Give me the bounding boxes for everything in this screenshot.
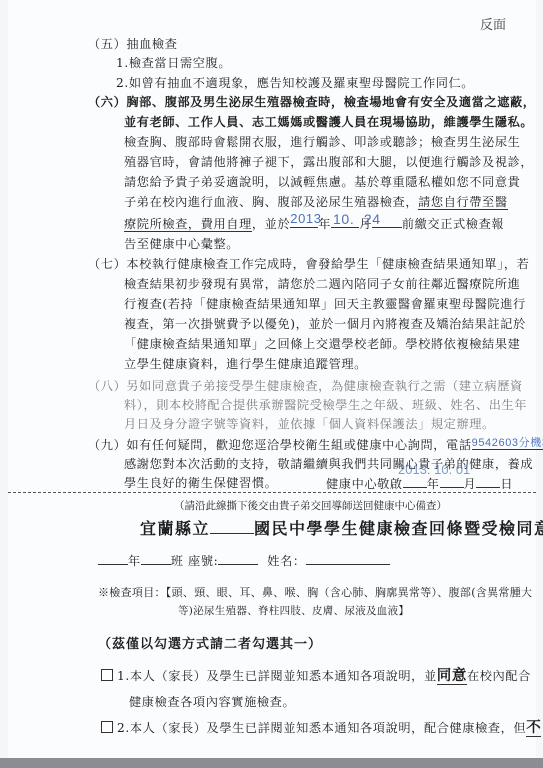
section-seven-line: （七）本校執行健康檢查工作完成時，會發給學生「健康檢查結果通知單」，若 — [88, 256, 529, 272]
deadline-tail-text: 前繳交正式檢查報 — [402, 217, 504, 231]
name-label: 姓名： — [267, 554, 305, 568]
section-seven-line: 檢查結果初步發現有異常，請您於二週內陪同子女前往鄰近醫療院所進 — [124, 276, 520, 292]
section-seven-line: 行複查(若持「健康檢查結果通知單」回天主教靈醫會羅東聖母醫院進行 — [124, 296, 526, 312]
section-seven-line: 複查，第一次掛號費予以優免)，並於一個月內將複查及矯治結果註記於 — [124, 316, 526, 332]
school-name-field[interactable] — [210, 518, 254, 534]
exam-items-line: 等)泌尿生殖器、脊柱四肢、皮膚、尿液及血液】 — [178, 603, 409, 618]
section-eight-line: （八）另如同意貴子弟接受學生健康檢查，為健康檢查執行之需（建立病歷資 — [88, 378, 523, 394]
student-info-line: 年班 座號: 姓名： — [98, 552, 390, 569]
section-eight-line: 料），則本校將配合提供承辦醫院受檢學生之年級、班級、姓名、出生年 — [124, 397, 527, 413]
consent-form-title: 宜蘭縣立國民中學學生健康檢查回條暨受檢同意書 — [140, 516, 543, 539]
option-one-tail: 在校內配合 — [467, 669, 531, 683]
tear-line — [8, 492, 536, 493]
class-field[interactable] — [141, 552, 171, 565]
phone-number: 9542603分機310 — [472, 437, 543, 450]
deadline-year-field[interactable]: 2013 — [290, 215, 318, 228]
health-center-signoff: 健康中心敬啟 — [326, 477, 403, 491]
signoff-day-field[interactable] — [476, 475, 500, 488]
handwritten-date-stamp: 2013. 10. 01 — [398, 462, 470, 477]
choose-one-note: （茲僅以勾選方式請二者勾選其一） — [98, 633, 322, 652]
section-seven-line: 「健康檢查結果通知單」之回條上交還學校老師。學校將依複檢結果建 — [124, 336, 520, 352]
section-six-line: （六）胸部、腹部及男生泌尿生殖器檢查時，檢查場地會有安全及適當之遮蔽， — [88, 94, 536, 110]
grade-label: 年 — [128, 554, 141, 568]
option-one-text: 1.本人（家長）及學生已詳閱並知悉本通知各項說明，並 — [117, 669, 437, 683]
section-five-line: 2.如曾有抽血不適現象，應告知校護及羅東聖母醫院工作同仁。 — [116, 75, 474, 91]
not-emphasis: 不 — [526, 719, 541, 737]
section-six-line: 檢查胸、腹部時會鬆開衣服，進行觸診、叩診或聽診；檢查男生泌尿生 — [124, 134, 520, 150]
section-six-deadline-line: 療院所檢查，費用自理，並於2013年10.月24前繳交正式檢查報 — [124, 215, 504, 232]
agree-emphasis: 同意 — [437, 667, 467, 685]
self-arrange-note: 請您自行帶至醫 — [418, 195, 508, 210]
title-prefix: 宜蘭縣立 — [140, 519, 210, 538]
month-label: 月 — [464, 477, 477, 491]
option-one: 1.本人（家長）及學生已詳閱並知悉本通知各項說明，並同意在校內配合 — [101, 668, 531, 684]
section-six-text: 子弟在校內進行血液、胸、腹部及泌尿生殖器檢查， — [124, 195, 418, 209]
deadline-month-field[interactable]: 10. — [331, 215, 359, 228]
section-six-line: 請您給予貴子弟妥適說明，以減輕焦慮。基於尊重隱私權如您不同意貴 — [124, 174, 520, 190]
section-nine-line: 學生良好的衛生保健習慣。 — [124, 475, 277, 491]
section-nine-line: 感謝您對本次活動的支持，敬請繼續與我們共同關心貴子弟的健康，養成 — [124, 456, 533, 472]
self-pay-note: 療院所檢查，費用自理 — [124, 217, 252, 232]
section-eight-line: 月日及身分證字號等資料，並依據「個人資料保護法」規定辦理。 — [124, 416, 495, 432]
student-name-field[interactable] — [306, 552, 390, 565]
class-seat-label: 班 座號: — [171, 554, 219, 568]
section-nine-line: （九）如有任何疑問，歡迎您逕洽學校衛生組或健康中心詢問，電話9542603分機3… — [88, 437, 543, 454]
handwritten-day: 24 — [364, 211, 381, 227]
handwritten-month: 10. — [333, 211, 354, 227]
section-five-line: 1.檢查當日需空腹。 — [116, 55, 231, 71]
handwritten-year: 2013 — [290, 211, 321, 227]
option-two-checkbox[interactable] — [101, 721, 113, 733]
title-suffix: 國民中學學生健康檢查回條暨受檢同意書 — [254, 519, 543, 538]
scan-bottom-edge — [0, 758, 543, 768]
section-six-line: 殖器官時，會請他將褲子褪下，露出腹部和大腿，以便進行觸診及視診， — [124, 154, 533, 170]
year-label: 年 — [427, 477, 440, 491]
day-label: 日 — [500, 477, 513, 491]
side-label: 反面 — [480, 14, 506, 33]
section-five-heading: （五）抽血檢查 — [88, 36, 178, 52]
signoff-line: 健康中心敬啟年月日 — [326, 475, 513, 492]
option-two: 2.本人（家長）及學生已詳閱並知悉本通知各項說明，配合健康檢查，但不 — [101, 720, 541, 736]
option-two-text: 2.本人（家長）及學生已詳閱並知悉本通知各項說明，配合健康檢查，但 — [117, 721, 526, 735]
option-one-line2: 健康檢查各項內容實施檢查。 — [129, 694, 295, 710]
grade-field[interactable] — [98, 552, 128, 565]
section-nine-text: （九）如有任何疑問，歡迎您逕洽學校衛生組或健康中心詢問，電話 — [88, 438, 472, 452]
seat-number-field[interactable] — [218, 552, 258, 565]
document-page: 反面 （五）抽血檢查 1.檢查當日需空腹。 2.如曾有抽血不適現象，應告知校護及… — [8, 0, 536, 758]
section-six-line: 並有老師、工作人員、志工媽媽或醫護人員在現場協助，維護學生隱私。 — [124, 114, 533, 130]
deadline-day-field[interactable]: 24 — [372, 215, 402, 228]
option-one-checkbox[interactable] — [101, 669, 113, 681]
and-by-text: ，並於 — [252, 217, 290, 231]
section-six-line: 子弟在校內進行血液、胸、腹部及泌尿生殖器檢查，請您自行帶至醫 — [124, 194, 508, 210]
section-six-line: 告至健康中心彙整。 — [124, 236, 239, 252]
tear-off-instruction: （請沿此線撕下後交由貴子弟交回導師送回健康中心備查） — [174, 498, 447, 513]
section-seven-line: 立學生健康資料，進行學生健康追蹤管理。 — [124, 356, 367, 372]
exam-items-line: ※檢查項目：【頭、頸、眼、耳、鼻、喉、胸（含心肺、胸廓異常等）、腹部(含異常腫大 — [98, 584, 532, 600]
